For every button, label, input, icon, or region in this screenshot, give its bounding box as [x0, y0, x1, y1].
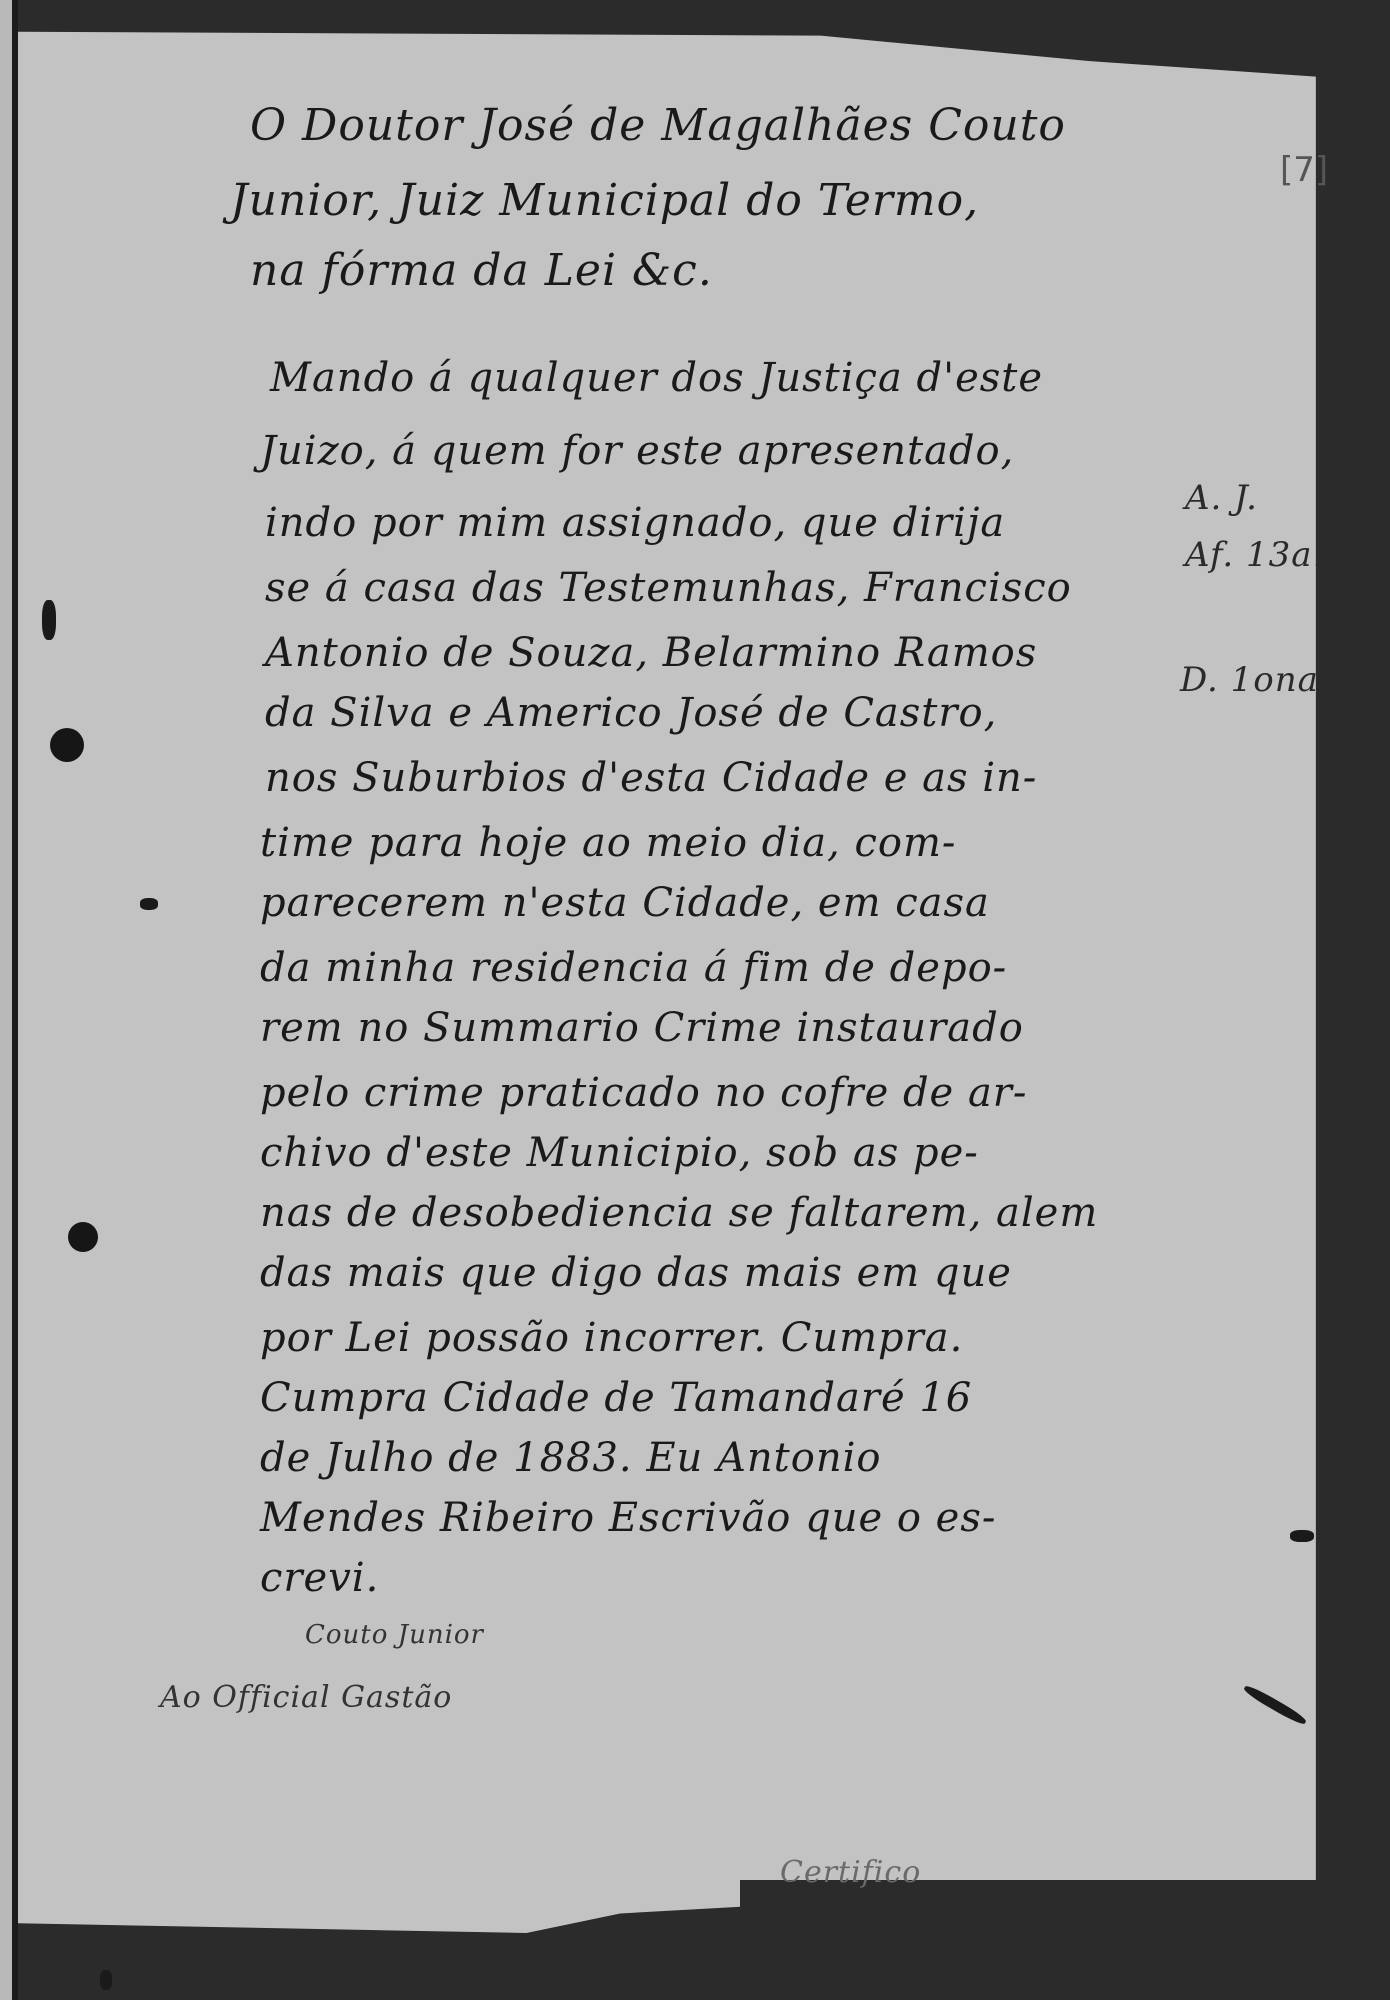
body-line: indo por mim assignado, que dirija — [265, 500, 1005, 546]
torn-page-edge — [740, 1880, 1390, 2000]
judge-signature: Couto Junior — [305, 1620, 484, 1650]
margin-note: A. J. — [1185, 478, 1258, 518]
body-line: por Lei possão incorrer. Cumpra. — [260, 1315, 963, 1361]
body-line: Cumpra Cidade de Tamandaré 16 — [260, 1375, 972, 1421]
body-line: rem no Summario Crime instaurado — [260, 1005, 1024, 1051]
body-line: de Julho de 1883. Eu Antonio — [260, 1435, 881, 1481]
scan-left-border — [12, 0, 18, 2000]
endorsement-certifico: Certifico — [780, 1855, 921, 1890]
body-line: Mando á qualquer dos Justiça d'este — [270, 355, 1043, 401]
body-line: se á casa das Testemunhas, Francisco — [265, 565, 1072, 611]
scan-left-strip — [0, 0, 12, 2000]
body-line: crevi. — [260, 1555, 379, 1601]
body-line: da Silva e Americo José de Castro, — [265, 690, 997, 736]
body-line: Antonio de Souza, Belarmino Ramos — [265, 630, 1037, 676]
heading-line: na fórma da Lei &c. — [250, 245, 713, 296]
body-line: das mais que digo das mais em que — [260, 1250, 1012, 1296]
body-line: nos Suburbios d'esta Cidade e as in- — [265, 755, 1037, 801]
margin-note: D. 1ona. — [1180, 660, 1331, 700]
heading-line: Junior, Juiz Municipal do Termo, — [230, 175, 979, 226]
punch-hole — [68, 1222, 98, 1252]
body-line: parecerem n'esta Cidade, em casa — [260, 880, 990, 926]
ink-blot — [140, 898, 158, 910]
body-line: Juizo, á quem for este apresentado, — [260, 428, 1014, 474]
ink-blot — [1290, 1530, 1314, 1542]
body-line: nas de desobediencia se faltarem, alem — [260, 1190, 1098, 1236]
ink-blot — [42, 600, 56, 640]
body-line: Mendes Ribeiro Escrivão que o es- — [260, 1495, 996, 1541]
body-line: time para hoje ao meio dia, com- — [260, 820, 956, 866]
margin-note: Af. 13a. — [1185, 535, 1324, 575]
body-line: chivo d'este Municipio, sob as pe- — [260, 1130, 979, 1176]
page-number: [7] — [1280, 150, 1328, 190]
heading-line: O Doutor José de Magalhães Couto — [250, 100, 1066, 151]
body-line: da minha residencia á fim de depo- — [260, 945, 1007, 991]
body-line: pelo crime praticado no cofre de ar- — [260, 1070, 1027, 1116]
officer-address: Ao Official Gastão — [160, 1680, 452, 1715]
punch-hole — [50, 728, 84, 762]
ink-blot — [100, 1970, 112, 1990]
